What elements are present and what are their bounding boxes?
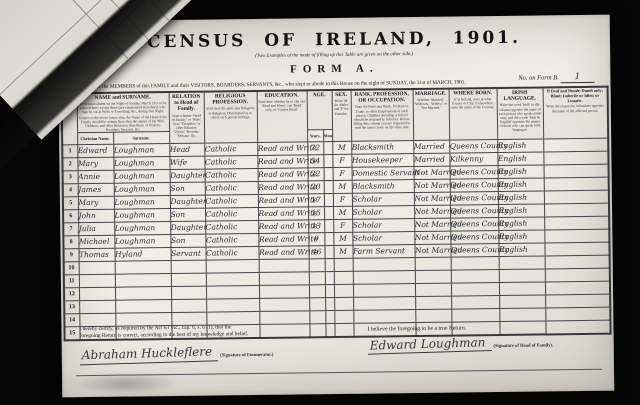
cell-age_m <box>325 246 334 259</box>
cell-occupation: Scholar <box>352 219 414 233</box>
cell-sex: M <box>333 206 352 219</box>
col-born-header: WHERE BORN. If in Ireland, state in what… <box>449 88 498 140</box>
cell-age <box>309 298 325 311</box>
cell-relation: Son <box>170 182 205 195</box>
cell-age_m <box>325 298 334 311</box>
cell-marriage: Married <box>413 153 449 166</box>
col-religion-title: RELIGIOUS PROFESSION. <box>204 92 256 106</box>
cell-christian: Julia <box>78 222 114 235</box>
cell-education: Read and Write <box>257 155 307 169</box>
cell-occupation: Housekeeper <box>351 154 413 168</box>
cell-no: 10 <box>64 262 79 275</box>
cell-born <box>451 296 499 310</box>
cell-infirmity <box>545 307 610 321</box>
cell-surname: Loughman <box>114 222 170 236</box>
cell-no: 11 <box>64 275 79 288</box>
cell-surname: Loughman <box>114 235 170 249</box>
cell-sex <box>334 284 353 297</box>
cell-age: 46 <box>309 246 325 259</box>
census-form-page: CENSUS OF IRELAND, 1901. (Two Examples o… <box>58 15 615 398</box>
cell-age <box>309 259 325 272</box>
cell-age: 17 <box>308 194 324 207</box>
cell-age: 72 <box>307 142 323 155</box>
col-occupation-title: RANK, PROFESSION, OR OCCUPATION. <box>351 90 412 104</box>
cell-irish: English <box>498 243 544 257</box>
col-marriage-header: MARRIAGE. Whether 'Married,' 'Widower,' … <box>413 89 450 141</box>
cell-no: 4 <box>63 184 78 197</box>
col-sex-note: Write 'M' for Males and 'F' for Females. <box>332 98 350 116</box>
cell-sex: F <box>332 154 351 167</box>
cell-born: Queens County <box>450 192 498 206</box>
cell-relation: Son <box>170 208 205 221</box>
cell-occupation <box>353 297 415 311</box>
cell-religion: Catholic <box>204 156 257 170</box>
cell-religion <box>206 260 259 274</box>
cell-surname <box>115 261 171 275</box>
cell-sex: M <box>332 141 351 154</box>
cell-religion <box>206 273 259 287</box>
cell-age_m <box>325 311 334 324</box>
cell-age: 22 <box>308 168 324 181</box>
cell-education: Read and Write <box>258 194 308 208</box>
col-name-note-top: No Persons absent on the Night of Sunday… <box>77 100 168 114</box>
cell-no: 8 <box>63 236 78 249</box>
cell-occupation <box>353 271 415 285</box>
cell-surname <box>115 274 171 288</box>
cell-born: Queens County <box>450 166 498 180</box>
head-signature-label: (Signature of Head of Family). <box>493 342 553 348</box>
cell-no: 3 <box>63 171 78 184</box>
cell-christian <box>79 261 115 274</box>
cell-christian: Annie <box>78 170 114 183</box>
cell-infirmity <box>545 294 610 308</box>
col-infirmity-header: If Deaf and Dumb; Dumb only; Blind; Imbe… <box>543 87 609 139</box>
cell-sex: M <box>333 180 352 193</box>
cell-age_m <box>324 233 333 246</box>
cell-relation: Wife <box>169 156 204 169</box>
col-religion-note: State here the particular Religion, or R… <box>204 105 256 119</box>
cell-age_m <box>324 194 333 207</box>
col-christian-name-subheader: Christian Name. <box>77 132 113 144</box>
cell-infirmity <box>544 216 609 230</box>
cell-surname: Loughman <box>114 170 170 184</box>
cell-age: 20 <box>308 181 324 194</box>
cell-born <box>451 257 499 271</box>
cell-marriage <box>415 270 451 283</box>
cell-relation: Head <box>169 143 204 156</box>
scan-smudge <box>70 372 180 395</box>
cell-infirmity <box>545 268 610 282</box>
cell-irish: English <box>498 230 544 244</box>
cell-irish: English <box>498 178 544 192</box>
cell-surname: Loughman <box>113 157 169 171</box>
cell-relation: Servant <box>171 247 206 260</box>
cell-no: 7 <box>63 223 78 236</box>
col-age-title: AGE. <box>307 91 331 98</box>
cell-occupation: Blacksmith <box>352 180 414 194</box>
cell-education <box>259 272 309 286</box>
cell-age: 15 <box>308 207 324 220</box>
cell-christian <box>79 300 115 313</box>
cell-education <box>259 259 309 273</box>
col-infirmity-title: If Deaf and Dumb; Dumb only; Blind; Imbe… <box>543 88 607 104</box>
cell-surname: Loughman <box>114 209 170 223</box>
cell-christian: Mary <box>77 157 113 170</box>
col-name-header: NAME and SURNAME. No Persons absent on t… <box>77 92 169 133</box>
cell-marriage: Not Married <box>414 192 450 205</box>
cell-education: Read and Write <box>258 207 308 221</box>
col-religion-header: RELIGIOUS PROFESSION. State here the par… <box>204 91 258 143</box>
cell-education <box>259 298 309 312</box>
cell-irish <box>499 256 545 270</box>
cell-irish <box>499 282 545 296</box>
cell-no: 6 <box>63 210 78 223</box>
head-of-family-certification: I believe the foregoing to be a true Ret… <box>367 324 603 354</box>
cell-irish: English <box>497 139 543 153</box>
col-sex-header: SEX. Write 'M' for Males and 'F' for Fem… <box>332 90 352 142</box>
cell-surname <box>115 300 171 314</box>
census-table: NAME and SURNAME. No Persons absent on t… <box>61 86 612 342</box>
cell-occupation: Scholar <box>352 193 414 207</box>
cell-christian: John <box>78 209 114 222</box>
cell-born <box>451 309 499 323</box>
cell-relation <box>171 299 206 312</box>
cell-age_m <box>324 220 333 233</box>
cell-religion <box>206 299 259 313</box>
cell-marriage: Not Married <box>414 179 450 192</box>
cell-education: Read and Write <box>258 168 308 182</box>
cell-irish <box>499 269 545 283</box>
cell-born: Queens County <box>450 231 498 245</box>
cell-born: Queens County <box>450 179 498 193</box>
cell-religion: Catholic <box>205 221 258 235</box>
cell-sex: F <box>333 193 352 206</box>
cell-christian: Edward <box>77 144 113 157</box>
cell-marriage <box>415 257 451 270</box>
cell-sex <box>334 310 353 323</box>
cell-age: 54 <box>307 155 323 168</box>
col-infirmity-note: Write the respective infirmities opposit… <box>543 103 607 113</box>
cell-religion: Catholic <box>204 143 257 157</box>
cell-occupation: Blacksmith <box>351 141 413 155</box>
col-irish-note: Write the word 'Irish' in this column op… <box>497 102 542 132</box>
cell-infirmity <box>544 177 609 191</box>
col-education-note: State here whether he or she can 'Read a… <box>257 99 306 113</box>
cell-no: 2 <box>62 158 77 171</box>
cell-infirmity <box>544 242 609 256</box>
col-occupation-header: RANK, PROFESSION, OR OCCUPATION. State t… <box>351 89 414 141</box>
enumerator-certification: I hereby certify, as required by the Act… <box>79 323 341 364</box>
cell-born: Queens County <box>450 218 498 232</box>
cell-occupation: Domestic Servant <box>352 167 414 181</box>
cell-christian: Mary <box>78 196 114 209</box>
cell-age_m <box>323 155 332 168</box>
cell-christian: James <box>78 183 114 196</box>
cell-christian <box>79 274 115 287</box>
cell-infirmity <box>544 190 609 204</box>
cell-age_m <box>325 272 334 285</box>
cell-marriage: Not Married <box>414 231 450 244</box>
cell-infirmity <box>544 203 609 217</box>
cell-irish <box>499 295 545 309</box>
cell-no: 5 <box>63 197 78 210</box>
cell-age_m <box>325 285 334 298</box>
cell-irish: English <box>498 165 544 179</box>
cell-age <box>309 311 325 324</box>
cell-christian <box>79 313 115 326</box>
census-table-body: 1EdwardLoughmanHeadCatholicRead and Writ… <box>62 138 610 340</box>
cell-christian: Michael <box>78 235 114 248</box>
cell-relation: Daughter <box>170 169 205 182</box>
cell-age_m <box>324 207 333 220</box>
cell-education: Read and Write <box>259 246 309 260</box>
cell-no: 1 <box>62 145 77 158</box>
cell-surname: Loughman <box>114 196 170 210</box>
cell-occupation <box>353 258 415 272</box>
cell-religion: Catholic <box>206 247 259 261</box>
col-name-note-bottom: Subject to the above instruction, the Na… <box>77 114 168 133</box>
cell-religion: Catholic <box>205 169 258 183</box>
cell-no: 9 <box>64 249 79 262</box>
cell-relation <box>171 260 206 273</box>
cell-relation: Daughter <box>170 195 205 208</box>
cell-relation: Daughter <box>170 221 205 234</box>
cell-surname: Loughman <box>114 183 170 197</box>
cell-occupation: Scholar <box>352 206 414 220</box>
cell-irish: English <box>497 152 543 166</box>
cell-surname: Loughman <box>113 144 169 158</box>
cell-occupation: Farm Servant <box>352 245 414 259</box>
cell-education: Read and Write <box>258 181 308 195</box>
cell-born: Queens County <box>450 205 498 219</box>
cell-infirmity <box>543 151 608 165</box>
scan-background: CENSUS OF IRELAND, 1901. (Two Examples o… <box>0 0 640 405</box>
cell-infirmity <box>545 281 610 295</box>
enumerator-signature-label: (Signature of Enumerator.) <box>220 351 273 357</box>
cell-irish <box>499 308 545 322</box>
cell-irish: English <box>498 191 544 205</box>
cell-no: 14 <box>64 314 79 327</box>
cell-marriage: Not Married <box>414 166 450 179</box>
col-education-header: EDUCATION. State here whether he or she … <box>257 90 308 142</box>
col-surname-subheader: Surname. <box>113 132 169 145</box>
col-born-title: WHERE BORN. <box>449 89 496 97</box>
cell-education: Read and Write <box>257 142 307 156</box>
cell-occupation <box>353 310 415 324</box>
col-relation-header: RELATION to Head of Family. State whethe… <box>169 92 205 144</box>
cell-age_m <box>325 259 334 272</box>
cell-marriage: Married <box>413 140 449 153</box>
cell-religion: Catholic <box>205 208 258 222</box>
cell-age_m <box>323 142 332 155</box>
cell-no: 13 <box>64 301 79 314</box>
cell-christian: Thomas <box>79 248 115 261</box>
cell-born <box>451 283 499 297</box>
col-born-note: If in Ireland, state in what County or C… <box>449 96 496 110</box>
cell-born <box>451 270 499 284</box>
cell-sex <box>334 258 353 271</box>
cell-no: 15 <box>64 327 79 341</box>
cell-infirmity <box>544 229 609 243</box>
cell-sex: F <box>333 219 352 232</box>
cell-sex <box>334 271 353 284</box>
cell-born: Queens County <box>450 244 498 258</box>
cell-sex: M <box>333 245 352 258</box>
col-relation-note: State whether 'Head of Family,' or 'Wife… <box>169 112 203 138</box>
cell-age: 13 <box>308 220 324 233</box>
cell-religion: Catholic <box>205 195 258 209</box>
cell-religion: Catholic <box>205 182 258 196</box>
col-age-months-subheader: Months. <box>323 130 332 142</box>
cell-marriage: Not Married <box>414 218 450 231</box>
cell-religion: Catholic <box>205 234 258 248</box>
col-occupation-note: State the Particular Rank, Profession, T… <box>351 103 412 129</box>
cell-sex: M <box>333 232 352 245</box>
cell-education <box>259 285 309 299</box>
col-age-header: AGE. <box>307 90 332 130</box>
cell-no: 12 <box>64 288 79 301</box>
cell-relation <box>171 312 206 325</box>
cell-occupation: Scholar <box>352 232 414 246</box>
cell-marriage <box>415 296 451 309</box>
cell-irish: English <box>498 217 544 231</box>
col-irish-header: IRISH LANGUAGE. Write the word 'Irish' i… <box>497 87 544 139</box>
cell-relation: Son <box>170 234 205 247</box>
cell-age_m <box>324 168 333 181</box>
cell-education: Read and Write <box>258 220 308 234</box>
enumerator-signature: Abraham Huckleflere <box>80 343 219 365</box>
cell-age <box>309 285 325 298</box>
col-irish-title: IRISH LANGUAGE. <box>497 88 542 102</box>
cell-age_m <box>324 181 333 194</box>
cell-irish: English <box>498 204 544 218</box>
col-age-years-subheader: Years. <box>307 130 323 142</box>
cell-marriage: Not Married <box>414 205 450 218</box>
cell-occupation <box>353 284 415 298</box>
cell-relation <box>171 286 206 299</box>
cell-marriage <box>415 309 451 322</box>
cell-religion <box>206 286 259 300</box>
col-relation-title: RELATION to Head of Family. <box>169 93 203 113</box>
cell-surname: Hyland <box>115 248 171 262</box>
cell-sex <box>334 297 353 310</box>
cell-infirmity <box>543 138 608 152</box>
cell-marriage: Not Married <box>414 244 450 257</box>
cell-born: Queens County <box>449 140 497 154</box>
cell-surname <box>115 287 171 301</box>
cell-infirmity <box>544 164 609 178</box>
cell-infirmity <box>545 255 610 269</box>
cell-marriage <box>415 283 451 296</box>
cell-education: Read and Write <box>258 233 308 247</box>
enumerator-statement-line2: foregoing Return is correct, according t… <box>80 330 342 340</box>
cell-sex: F <box>333 167 352 180</box>
cell-relation <box>171 273 206 286</box>
head-of-family-signature: Edward Loughman <box>367 335 491 355</box>
cell-age <box>309 272 325 285</box>
form-b-value: 1 <box>560 72 594 83</box>
cell-born: Kilkenny <box>449 153 497 167</box>
col-marriage-title: MARRIAGE. <box>413 90 448 98</box>
col-marriage-note: Whether 'Married,' 'Widower,' 'Widow,' o… <box>413 97 448 111</box>
cell-christian <box>79 287 115 300</box>
